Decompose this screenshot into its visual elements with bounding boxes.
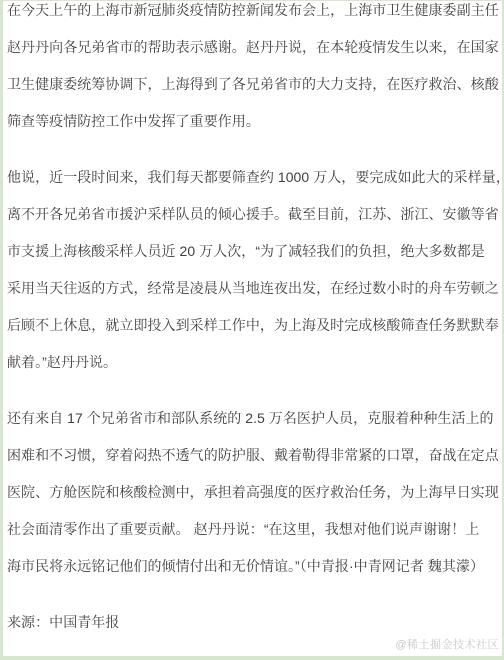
text-line: 采用当天往返的方式，经常是凌晨从当地连夜出发，在经过数小时的舟车劳顿之	[7, 270, 500, 307]
text-line: 献着。”赵丹丹说。	[7, 344, 500, 381]
text-line: 医院、方舱医院和核酸检测中，承担着高强度的医疗救治任务，为上海早日实现	[7, 474, 500, 511]
text-line: 他说，近一段时间来，我们每天都要筛查约 1000 万人，要完成如此大的采样量，	[7, 159, 500, 196]
article-image-frame: 在今天上午的上海市新冠肺炎疫情防控新闻发布会上，上海市卫生健康委副主任赵丹丹向各…	[0, 0, 504, 660]
article-body: 在今天上午的上海市新冠肺炎疫情防控新闻发布会上，上海市卫生健康委副主任赵丹丹向各…	[3, 0, 502, 641]
text-line: 卫生健康委统筹协调下，上海得到了各兄弟省市的大力支持，在医疗救治、核酸	[7, 66, 500, 103]
text-line: 后顾不上休息，就立即投入到采样工作中，为上海及时完成核酸筛查任务默默奉	[7, 307, 500, 344]
text-line: 离不开各兄弟省市援沪采样队员的倾心援手。截至目前，江苏、浙江、安徽等省	[7, 196, 500, 233]
text-line: 还有来自 17 个兄弟省市和部队系统的 2.5 万名医护人员，克服着种种生活上的	[7, 400, 500, 437]
paragraph: 在今天上午的上海市新冠肺炎疫情防控新闻发布会上，上海市卫生健康委副主任赵丹丹向各…	[7, 0, 500, 140]
watermark: @稀土掘金技术社区	[395, 636, 499, 652]
text-line: 赵丹丹向各兄弟省市的帮助表示感谢。赵丹丹说，在本轮疫情发生以来，在国家	[7, 29, 500, 66]
text-line: 社会面清零作出了重要贡献。 赵丹丹说：“在这里，我想对他们说声谢谢！上	[7, 511, 500, 548]
paragraph: 他说，近一段时间来，我们每天都要筛查约 1000 万人，要完成如此大的采样量，离…	[7, 159, 500, 381]
text-line: 市支援上海核酸采样人员近 20 万人次，“为了减轻我们的负担，绝大多数都是	[7, 233, 500, 270]
text-line: 困难和不习惯，穿着闷热不透气的防护服、戴着勒得非常紧的口罩，奋战在定点	[7, 437, 500, 474]
text-line: 海市民将永远铭记他们的倾情付出和无价情谊。”（中青报·中青网记者 魏其濛）	[7, 548, 500, 585]
paragraph: 还有来自 17 个兄弟省市和部队系统的 2.5 万名医护人员，克服着种种生活上的…	[7, 400, 500, 585]
text-line: 在今天上午的上海市新冠肺炎疫情防控新闻发布会上，上海市卫生健康委副主任	[7, 0, 500, 29]
text-line: 筛查等疫情防控工作中发挥了重要作用。	[7, 103, 500, 140]
